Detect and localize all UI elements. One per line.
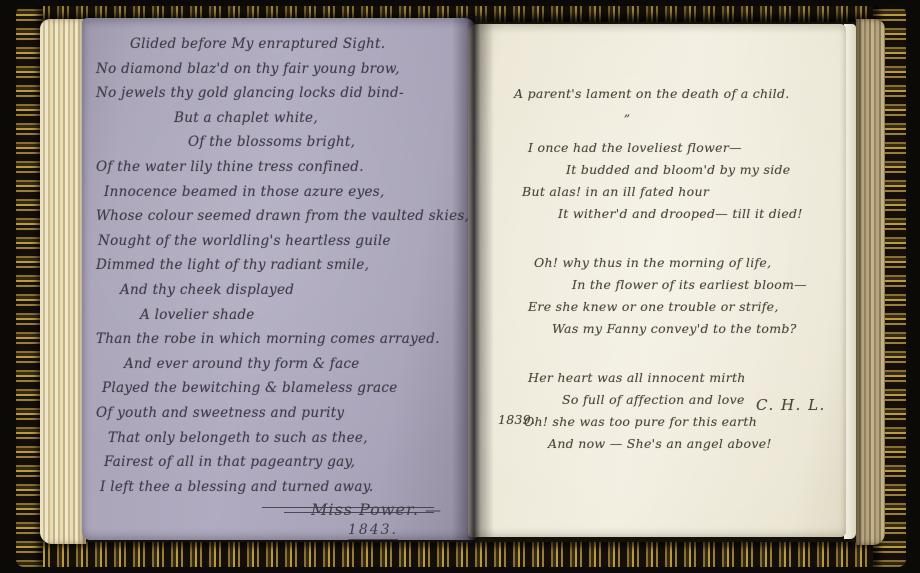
open-album: Glided before My enraptured Sight.No dia…	[16, 6, 906, 567]
poem-line: In the flower of its earliest bloom—	[572, 274, 846, 296]
poem-line: Her heart was all innocent mirth	[528, 367, 846, 389]
poem-line: Fairest of all in that pageantry gay,	[104, 450, 468, 475]
gilt-border-bottom	[16, 542, 906, 567]
poem-line: No jewels thy gold glancing locks did bi…	[96, 81, 468, 106]
poem-line: And thy cheek displayed	[120, 278, 468, 303]
poem-line: Was my Fanny convey'd to the tomb?	[552, 318, 846, 340]
left-page: Glided before My enraptured Sight.No dia…	[82, 18, 476, 540]
poem-line: Of youth and sweetness and purity	[96, 401, 468, 426]
poem-line: That only belongeth to such as thee,	[108, 426, 468, 451]
poem-stanza: Oh! why thus in the morning of life,In t…	[528, 252, 846, 340]
photograph: Glided before My enraptured Sight.No dia…	[0, 0, 920, 573]
right-date: 1839.	[498, 412, 535, 427]
poem-line: Than the robe in which morning comes arr…	[96, 327, 468, 352]
poem-line: It wither'd and drooped— till it died!	[558, 203, 846, 225]
gilt-border-left	[16, 6, 43, 567]
poem-line: Dimmed the light of thy radiant smile,	[96, 253, 468, 278]
poem-line: It budded and bloom'd by my side	[566, 159, 846, 181]
poem-line: Nought of the worldling's heartless guil…	[98, 229, 468, 254]
ditto-mark: „	[624, 105, 846, 119]
poem-title: A parent's lament on the death of a chil…	[514, 86, 846, 101]
poem-line: Of the water lily thine tress confined.	[96, 155, 468, 180]
poem-line: Glided before My enraptured Sight.	[130, 32, 468, 57]
left-date: 1843.	[348, 522, 398, 540]
right-page: A parent's lament on the death of a chil…	[468, 24, 846, 537]
poem-line: Oh! why thus in the morning of life,	[534, 252, 846, 274]
poem-line: And now — She's an angel above!	[548, 433, 846, 455]
poem-line: But a chaplet white,	[174, 106, 468, 131]
page-edges-left	[40, 19, 86, 544]
poem-line: A lovelier shade	[140, 303, 468, 328]
left-signature: Miss Power. —	[311, 500, 442, 519]
poem-line: Ere she knew or one trouble or strife,	[528, 296, 846, 318]
poem-line: Played the bewitching & blameless grace	[102, 376, 468, 401]
poem-stanza: I once had the loveliest flower—It budde…	[528, 137, 846, 225]
poem-line: I left thee a blessing and turned away.	[100, 475, 468, 500]
poem-line: No diamond blaz'd on thy fair young brow…	[96, 57, 468, 82]
left-poem: Glided before My enraptured Sight.No dia…	[96, 32, 468, 499]
poem-line: Innocence beamed in those azure eyes,	[104, 180, 468, 205]
right-signature: C. H. L.	[756, 396, 826, 414]
poem-line: I once had the loveliest flower—	[528, 137, 846, 159]
poem-line: But alas! in an ill fated hour	[522, 181, 846, 203]
page-edges-right	[856, 19, 885, 545]
poem-line: Of the blossoms bright,	[188, 130, 468, 155]
poem-line: Oh! she was too pure for this earth	[524, 411, 846, 433]
poem-line: Whose colour seemed drawn from the vault…	[96, 204, 468, 229]
poem-line: And ever around thy form & face	[124, 352, 468, 377]
